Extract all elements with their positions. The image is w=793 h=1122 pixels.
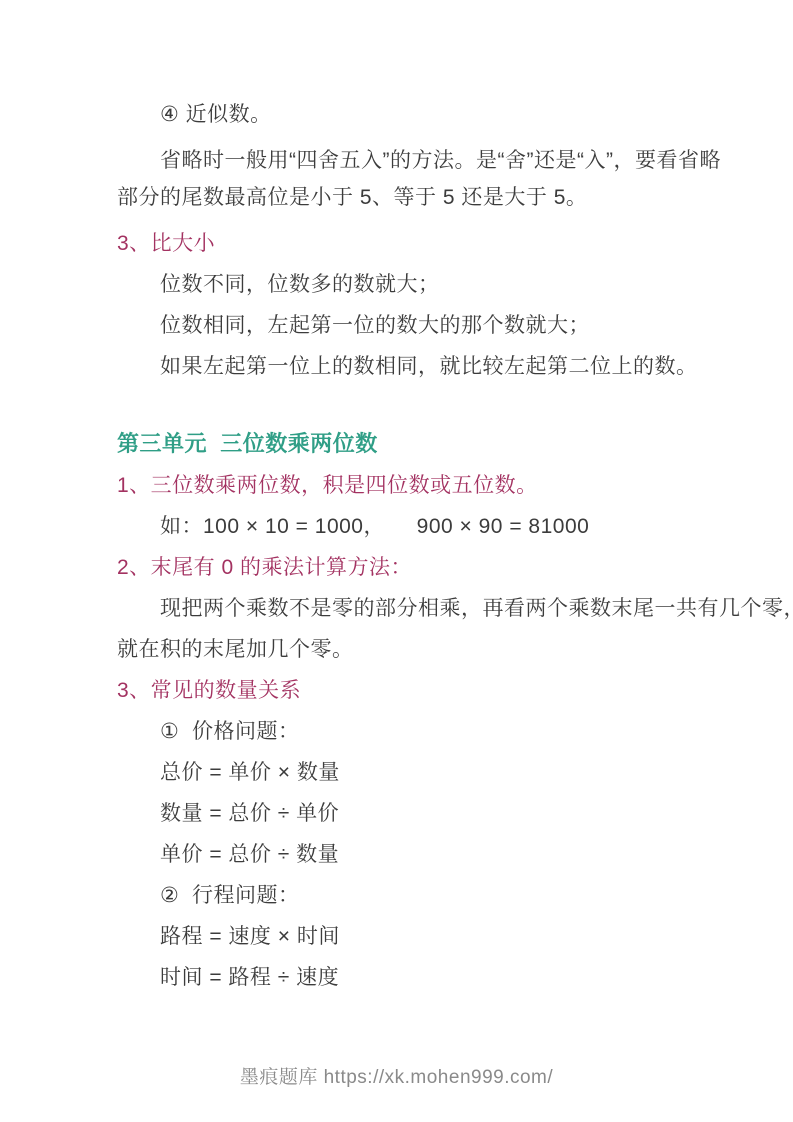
heading-unit3-point1: 1、三位数乘两位数，积是四位数或五位数。 (117, 475, 793, 496)
line-formula-distance: 路程 = 速度 × 时间 (117, 926, 793, 947)
heading-unit3-point3: 3、常见的数量关系 (117, 680, 793, 701)
footer-site-info: 墨痕题库 https://xk.mohen999.com/ (0, 1067, 793, 1089)
document-page: ④ 近似数。 省略时一般用“四舍五入”的方法。是“舍”还是“入”，要看省略 部分… (0, 0, 793, 1122)
line-price-problem-label: ① 价格问题： (117, 721, 793, 742)
line-approx-number: ④ 近似数。 (117, 104, 793, 125)
line-trailing-zeros-1: 现把两个乘数不是零的部分相乘，再看两个乘数末尾一共有几个零， (117, 598, 793, 619)
line-multiplication-examples: 如：100 × 10 = 1000， 900 × 90 = 81000 (117, 516, 793, 537)
line-formula-quantity: 数量 = 总价 ÷ 单价 (117, 803, 793, 824)
line-formula-total-price: 总价 = 单价 × 数量 (117, 762, 793, 783)
line-compare-rule-2: 位数相同，左起第一位的数大的那个数就大； (117, 315, 793, 336)
line-formula-time: 时间 = 路程 ÷ 速度 (117, 967, 793, 988)
document-content: ④ 近似数。 省略时一般用“四舍五入”的方法。是“舍”还是“入”，要看省略 部分… (0, 0, 793, 1008)
section-heading-unit3: 第三单元 三位数乘两位数 (117, 433, 793, 455)
heading-unit3-point2: 2、末尾有 0 的乘法计算方法： (117, 557, 793, 578)
section-gap (117, 397, 793, 433)
line-compare-rule-3: 如果左起第一位上的数相同，就比较左起第二位上的数。 (117, 356, 793, 377)
line-formula-unit-price: 单价 = 总价 ÷ 数量 (117, 844, 793, 865)
line-compare-rule-1: 位数不同，位数多的数就大； (117, 274, 793, 295)
line-rounding-method-1: 省略时一般用“四舍五入”的方法。是“舍”还是“入”，要看省略 (117, 150, 793, 171)
line-distance-problem-label: ② 行程问题： (117, 885, 793, 906)
line-trailing-zeros-2: 就在积的末尾加几个零。 (117, 639, 793, 660)
heading-compare-numbers: 3、比大小 (117, 233, 793, 254)
line-rounding-method-2: 部分的尾数最高位是小于 5、等于 5 还是大于 5。 (117, 187, 793, 208)
